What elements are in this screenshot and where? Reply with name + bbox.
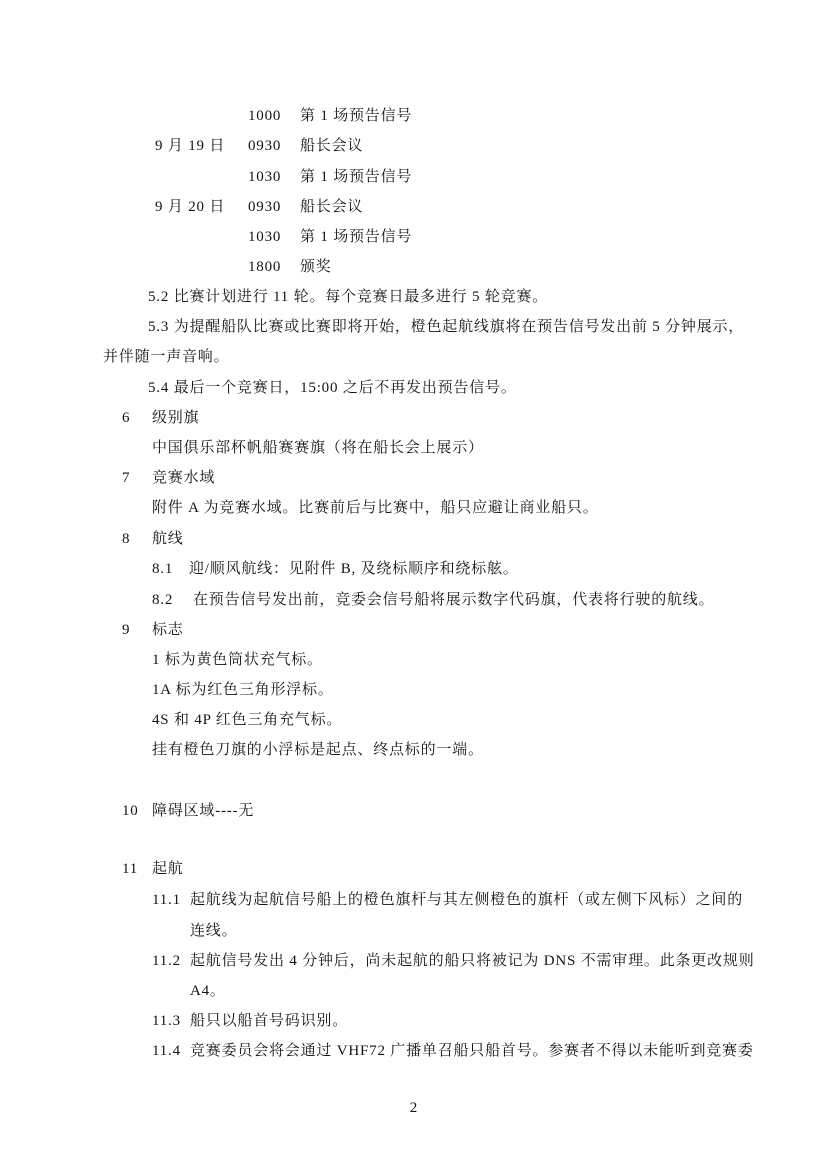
section-9-title: 标志	[152, 622, 184, 639]
item-11-1-line2: 连线。	[190, 923, 237, 940]
section-6-title: 级别旗	[152, 410, 199, 427]
section-10-title: 障碍区域----无	[152, 803, 254, 820]
item-11-3-text: 船只以船首号码识别。	[190, 1013, 348, 1030]
schedule-time: 1030	[248, 229, 281, 246]
schedule-time: 0930	[248, 138, 281, 155]
item-11-4-number: 11.4	[152, 1043, 181, 1060]
section-6-number: 6	[122, 410, 130, 427]
paragraph-5-4: 5.4 最后一个竞赛日，15:00 之后不再发出预告信号。	[148, 380, 517, 397]
section-10-number: 10	[122, 803, 139, 820]
item-11-1-number: 11.1	[152, 892, 181, 909]
schedule-event: 第 1 场预告信号	[300, 169, 412, 186]
section-7-body: 附件 A 为竞赛水域。比赛前后与比赛中，船只应避让商业船只。	[152, 500, 599, 517]
item-8-1-number: 8.1	[152, 561, 173, 578]
document-page: 1000 第 1 场预告信号 9 月 19 日 0930 船长会议 1030 第…	[0, 0, 827, 1169]
item-8-2-number: 8.2	[152, 592, 173, 609]
schedule-time: 1800	[248, 259, 281, 276]
item-11-1-line1: 起航线为起航信号船上的橙色旗杆与其左侧橙色的旗杆（或左侧下风标）之间的	[190, 892, 743, 909]
item-8-1-text: 迎/顺风航线：见附件 B, 及绕标顺序和绕标舷。	[189, 561, 519, 578]
item-11-3-number: 11.3	[152, 1013, 181, 1030]
item-8-2-text: 在预告信号发出前，竞委会信号船将展示数字代码旗，代表将行驶的航线。	[193, 592, 714, 609]
section-8-title: 航线	[152, 531, 184, 548]
section-9-line2: 1A 标为红色三角形浮标。	[152, 682, 334, 699]
schedule-date: 9 月 20 日	[155, 199, 225, 216]
schedule-date: 9 月 19 日	[155, 138, 225, 155]
schedule-event: 船长会议	[300, 138, 363, 155]
section-9-line1: 1 标为黄色筒状充气标。	[152, 652, 323, 669]
schedule-event: 船长会议	[300, 199, 363, 216]
section-7-title: 竞赛水域	[152, 470, 215, 487]
schedule-time: 1030	[248, 169, 281, 186]
schedule-event: 第 1 场预告信号	[300, 108, 412, 125]
paragraph-5-2: 5.2 比赛计划进行 11 轮。每个竞赛日最多进行 5 轮竞赛。	[148, 289, 548, 306]
section-8-number: 8	[122, 531, 130, 548]
section-11-number: 11	[122, 861, 138, 878]
schedule-time: 1000	[248, 108, 281, 125]
section-9-number: 9	[122, 622, 130, 639]
schedule-event: 颁奖	[300, 259, 332, 276]
page-number: 2	[0, 1100, 827, 1117]
schedule-time: 0930	[248, 199, 281, 216]
section-7-number: 7	[122, 470, 130, 487]
item-11-2-number: 11.2	[152, 953, 181, 970]
schedule-event: 第 1 场预告信号	[300, 229, 412, 246]
section-6-body: 中国俱乐部杯帆船赛赛旗（将在船长会上展示）	[152, 440, 484, 457]
item-11-2-line1: 起航信号发出 4 分钟后，尚未起航的船只将被记为 DNS 不需审理。此条更改规则	[190, 953, 755, 970]
paragraph-5-3-line2: 并伴随一声音响。	[103, 349, 229, 366]
section-9-line4: 挂有橙色刀旗的小浮标是起点、终点标的一端。	[152, 742, 484, 759]
paragraph-5-3-line1: 5.3 为提醒船队比赛或比赛即将开始，橙色起航线旗将在预告信号发出前 5 分钟展…	[148, 319, 744, 336]
section-9-line3: 4S 和 4P 红色三角充气标。	[152, 712, 342, 729]
item-11-4-text: 竞赛委员会将会通过 VHF72 广播单召船只船首号。参赛者不得以未能听到竞赛委	[190, 1043, 754, 1060]
item-11-2-line2: A4。	[190, 983, 226, 1000]
section-11-title: 起航	[152, 861, 184, 878]
